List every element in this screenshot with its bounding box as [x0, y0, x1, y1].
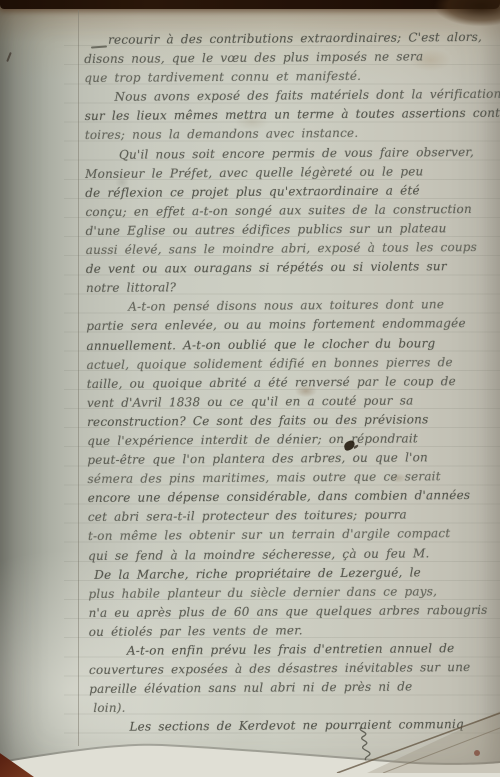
manuscript-line: de vent ou aux ouragans si répétés ou si… — [86, 257, 500, 279]
manuscript-line: couvertures exposées à des désastres iné… — [89, 658, 500, 680]
manuscript-line: encore une dépense considérable, dans co… — [88, 486, 500, 508]
manuscript-line: Qu'il nous soit encore permis de vous fa… — [85, 142, 499, 164]
manuscript-line: taille, ou quoique abrité a été renversé… — [87, 371, 500, 393]
manuscript-page: recourir à des contributions extraordina… — [0, 0, 500, 777]
manuscript-line: partie sera enlevée, ou au moins forteme… — [86, 314, 500, 336]
margin-rule-line — [78, 10, 79, 746]
manuscript-line: t-on même les obtenir sur un terrain d'a… — [88, 524, 500, 546]
manuscript-line: recourir à des contributions extraordina… — [84, 28, 498, 50]
manuscript-line: sur les lieux mêmes mettra un terme à to… — [85, 104, 499, 126]
manuscript-line: n'a eu après plus de 60 ans que quelques… — [88, 601, 500, 623]
page-fold-corner — [325, 701, 500, 777]
binding-thread-mark — [6, 52, 12, 62]
manuscript-lines: recourir à des contributions extraordina… — [84, 28, 500, 738]
